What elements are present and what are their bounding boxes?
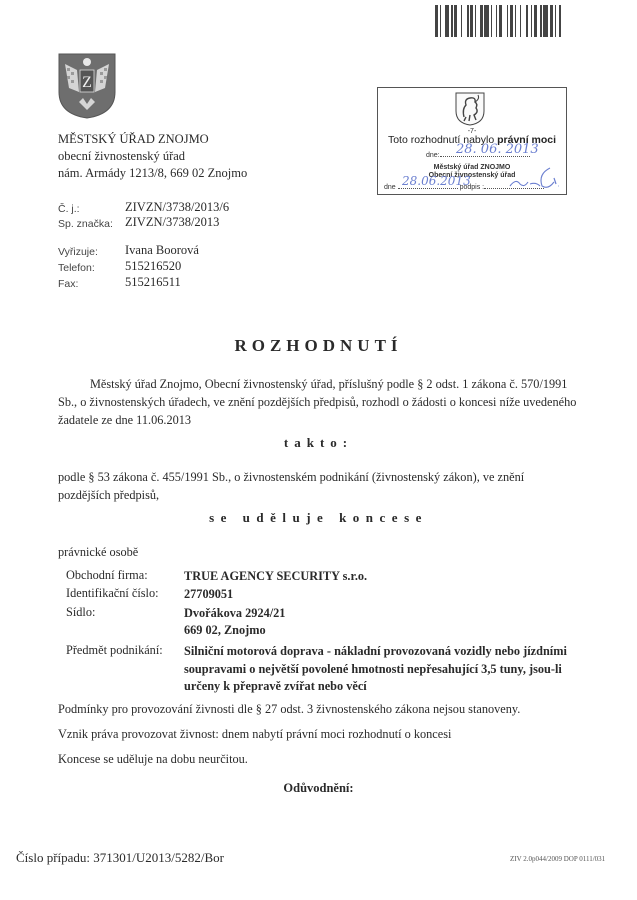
svg-text:Z: Z xyxy=(82,74,92,91)
sp-value: ZIVZN/3738/2013 xyxy=(125,215,219,230)
czech-lion-emblem-icon xyxy=(454,91,486,127)
id-value: 27709051 xyxy=(184,586,584,604)
handwritten-signature-icon xyxy=(508,164,563,192)
right-origin-paragraph: Vznik práva provozovat živnost: dnem nab… xyxy=(58,725,618,743)
sp-label: Sp. značka: xyxy=(58,218,113,230)
justification-heading: Odůvodnění: xyxy=(0,781,637,796)
fax-value: 515216511 xyxy=(125,275,181,290)
legal-basis-paragraph: podle § 53 zákona č. 455/1991 Sb., o živ… xyxy=(58,468,578,504)
duration-paragraph: Koncese se uděluje na dobu neurčitou. xyxy=(58,750,618,768)
fax-label: Fax: xyxy=(58,278,78,290)
firm-value: TRUE AGENCY SECURITY s.r.o. xyxy=(184,568,584,586)
document-title: ROZHODNUTÍ xyxy=(0,336,637,356)
office-address: nám. Armády 1213/8, 669 02 Znojmo xyxy=(58,165,247,182)
office-name: MĚSTSKÝ ÚŘAD ZNOJMO xyxy=(58,131,209,148)
barcode-icon xyxy=(435,5,607,37)
phone-label: Telefon: xyxy=(58,262,95,274)
seat-line1: Dvořákova 2924/21 xyxy=(184,605,584,623)
conditions-paragraph: Podmínky pro provozování živnosti dle § … xyxy=(58,700,618,718)
subject-label: Předmět podnikání: xyxy=(66,643,163,658)
case-number: Číslo případu: 371301/U2013/5282/Bor xyxy=(16,850,224,866)
recipient-type: právnické osobě xyxy=(58,543,578,561)
phone-value: 515216520 xyxy=(125,259,181,274)
stamp-date-handwritten: 28. 06. 2013 xyxy=(456,142,539,157)
subject-value: Silniční motorová doprava - nákladní pro… xyxy=(184,643,579,696)
intro-paragraph: Městský úřad Znojmo, Obecní živnostenský… xyxy=(58,375,578,429)
legal-force-stamp: -7- Toto rozhodnutí nabylo právní moci d… xyxy=(377,87,567,195)
cj-value: ZIVZN/3738/2013/6 xyxy=(125,200,229,215)
firm-label: Obchodní firma: xyxy=(66,568,148,583)
id-label: Identifikační číslo: xyxy=(66,586,159,601)
takto-heading: takto: xyxy=(0,435,637,451)
cj-label: Č. j.: xyxy=(58,203,80,215)
form-code: ZIV 2.0p044/2009 DOP 0111/031 xyxy=(510,855,605,863)
znojmo-eagle-coat-of-arms-icon: Z xyxy=(57,52,117,120)
seat-label: Sídlo: xyxy=(66,605,95,620)
seat-line2: 669 02, Znojmo xyxy=(184,622,584,640)
handler-value: Ivana Boorová xyxy=(125,243,199,258)
office-department: obecní živnostenský úřad xyxy=(58,148,185,165)
grant-heading: se uděluje koncese xyxy=(0,510,637,526)
handler-label: Vyřizuje: xyxy=(58,246,98,258)
stamp-date2-handwritten: 28.06.2013 xyxy=(402,174,471,188)
